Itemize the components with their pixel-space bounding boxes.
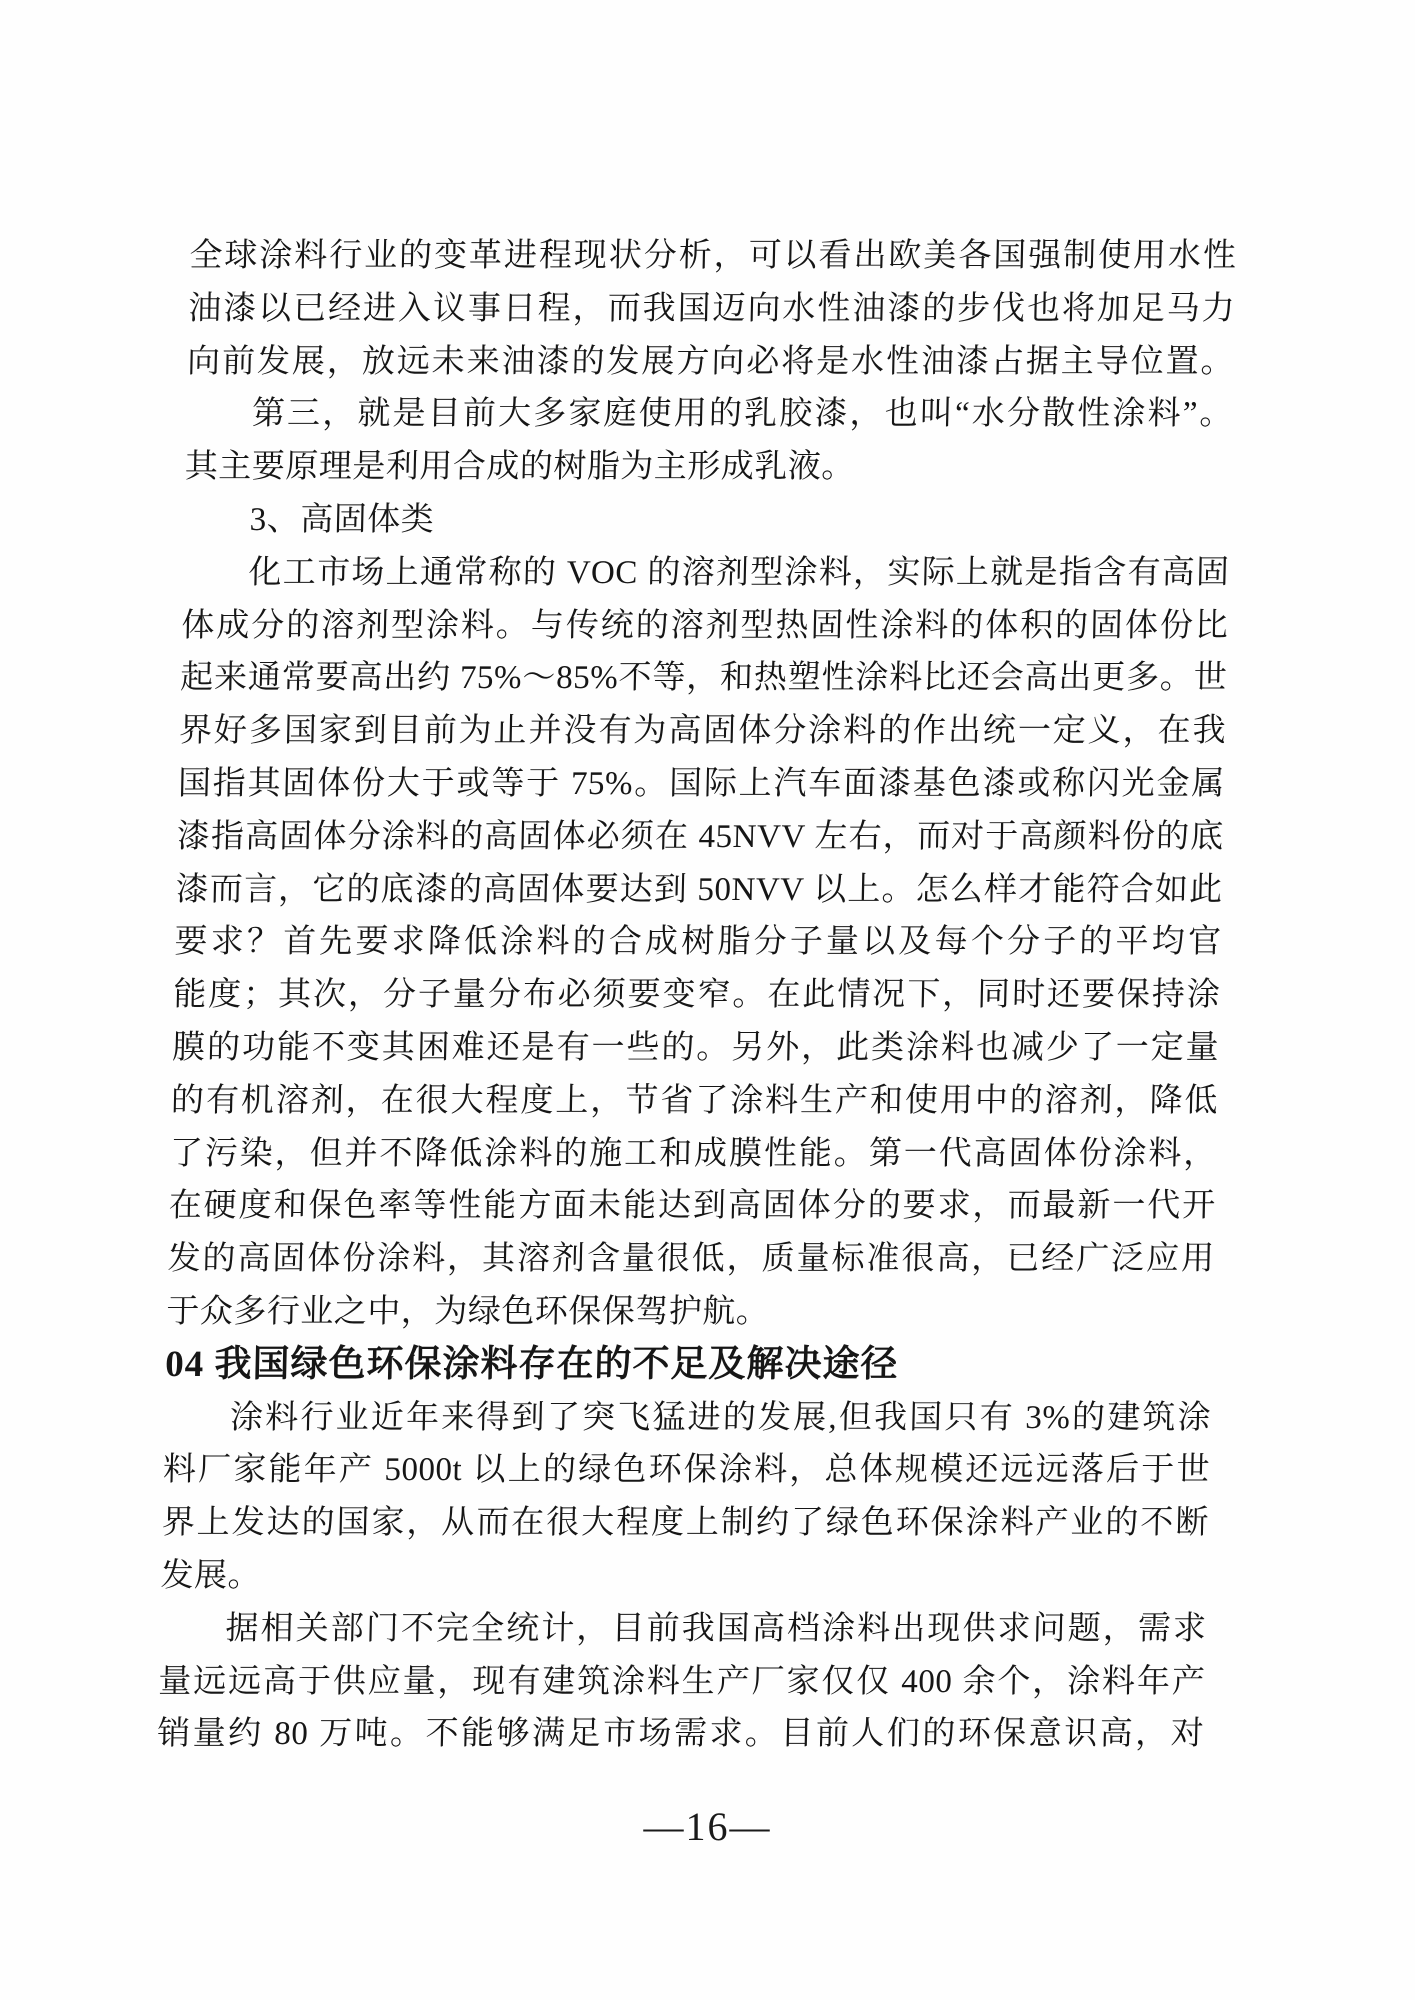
text-line: 第三，就是目前大多家庭使用的乳胶漆，也叫“水分散性涂料”。: [185, 388, 1233, 441]
text-line: 销量约 80 万吨。不能够满足市场需求。目前人们的环保意识高，对: [157, 1708, 1205, 1761]
text-line: 于众多行业之中，为绿色环保保驾护航。: [166, 1286, 1214, 1339]
text-line: 涂料行业近年来得到了突飞猛进的发展,但我国只有 3%的建筑涂: [164, 1392, 1212, 1445]
text-line: 漆而言，它的底漆的高固体要达到 50NVV 以上。怎么样才能符合如此: [175, 864, 1223, 917]
text-line: 漆指高固体分涂料的高固体必须在 45NVV 左右，而对于高颜料份的底: [176, 811, 1224, 864]
text-line: 在硬度和保色率等性能方面未能达到高固体分的要求，而最新一代开: [168, 1180, 1216, 1233]
text-line: 的有机溶剂，在很大程度上，节省了涂料生产和使用中的溶剂，降低: [170, 1075, 1218, 1128]
text-line: 界好多国家到目前为止并没有为高固体分涂料的作出统一定义，在我: [178, 705, 1226, 758]
text-line: 化工市场上通常称的 VOC 的溶剂型涂料，实际上就是指含有高固: [182, 547, 1230, 600]
text-line: 向前发展，放远未来油漆的发展方向必将是水性油漆占据主导位置。: [187, 336, 1235, 389]
document-page: 全球涂料行业的变革进程现状分析，可以看出欧美各国强制使用水性 油漆以已经进入议事…: [0, 0, 1415, 2000]
text-line: 国指其固体份大于或等于 75%。国际上汽车面漆基色漆或称闪光金属: [177, 758, 1225, 811]
text-line: 油漆以已经进入议事日程，而我国迈向水性油漆的步伐也将加足马力: [188, 283, 1236, 336]
text-line: 其主要原理是利用合成的树脂为主形成乳液。: [184, 441, 1232, 494]
section-heading-04: 04 我国绿色环保涂料存在的不足及解决途径: [165, 1339, 1213, 1392]
text-line: 料厂家能年产 5000t 以上的绿色环保涂料，总体规模还远远落后于世: [162, 1444, 1210, 1497]
text-line: 了污染，但并不降低涂料的施工和成膜性能。第一代高固体份涂料，: [169, 1128, 1217, 1181]
text-line: 全球涂料行业的变革进程现状分析，可以看出欧美各国强制使用水性: [189, 230, 1237, 283]
text-line: 发展。: [160, 1550, 1208, 1603]
text-block: 全球涂料行业的变革进程现状分析，可以看出欧美各国强制使用水性 油漆以已经进入议事…: [157, 230, 1237, 1761]
text-line: 膜的功能不变其困难还是有一些的。另外，此类涂料也减少了一定量: [172, 1022, 1220, 1075]
text-line: 起来通常要高出约 75%～85%不等，和热塑性涂料比还会高出更多。世: [180, 652, 1228, 705]
text-line: 要求？首先要求降低涂料的合成树脂分子量以及每个分子的平均官: [174, 916, 1222, 969]
text-line: 据相关部门不完全统计，目前我国高档涂料出现供求问题，需求: [159, 1603, 1207, 1656]
text-line: 体成分的溶剂型涂料。与传统的溶剂型热固性涂料的体积的固体份比: [181, 600, 1229, 653]
list-item-3-heading: 3、高固体类: [183, 494, 1231, 547]
text-line: 发的高固体份涂料，其溶剂含量很低，质量标准很高，已经广泛应用: [167, 1233, 1215, 1286]
text-line: 能度；其次，分子量分布必须要变窄。在此情况下，同时还要保持涂: [173, 969, 1221, 1022]
page-number: —16—: [0, 1800, 1415, 1853]
text-line: 量远远高于供应量，现有建筑涂料生产厂家仅仅 400 余个，涂料年产: [158, 1656, 1206, 1709]
text-line: 界上发达的国家，从而在很大程度上制约了绿色环保涂料产业的不断: [161, 1497, 1209, 1550]
